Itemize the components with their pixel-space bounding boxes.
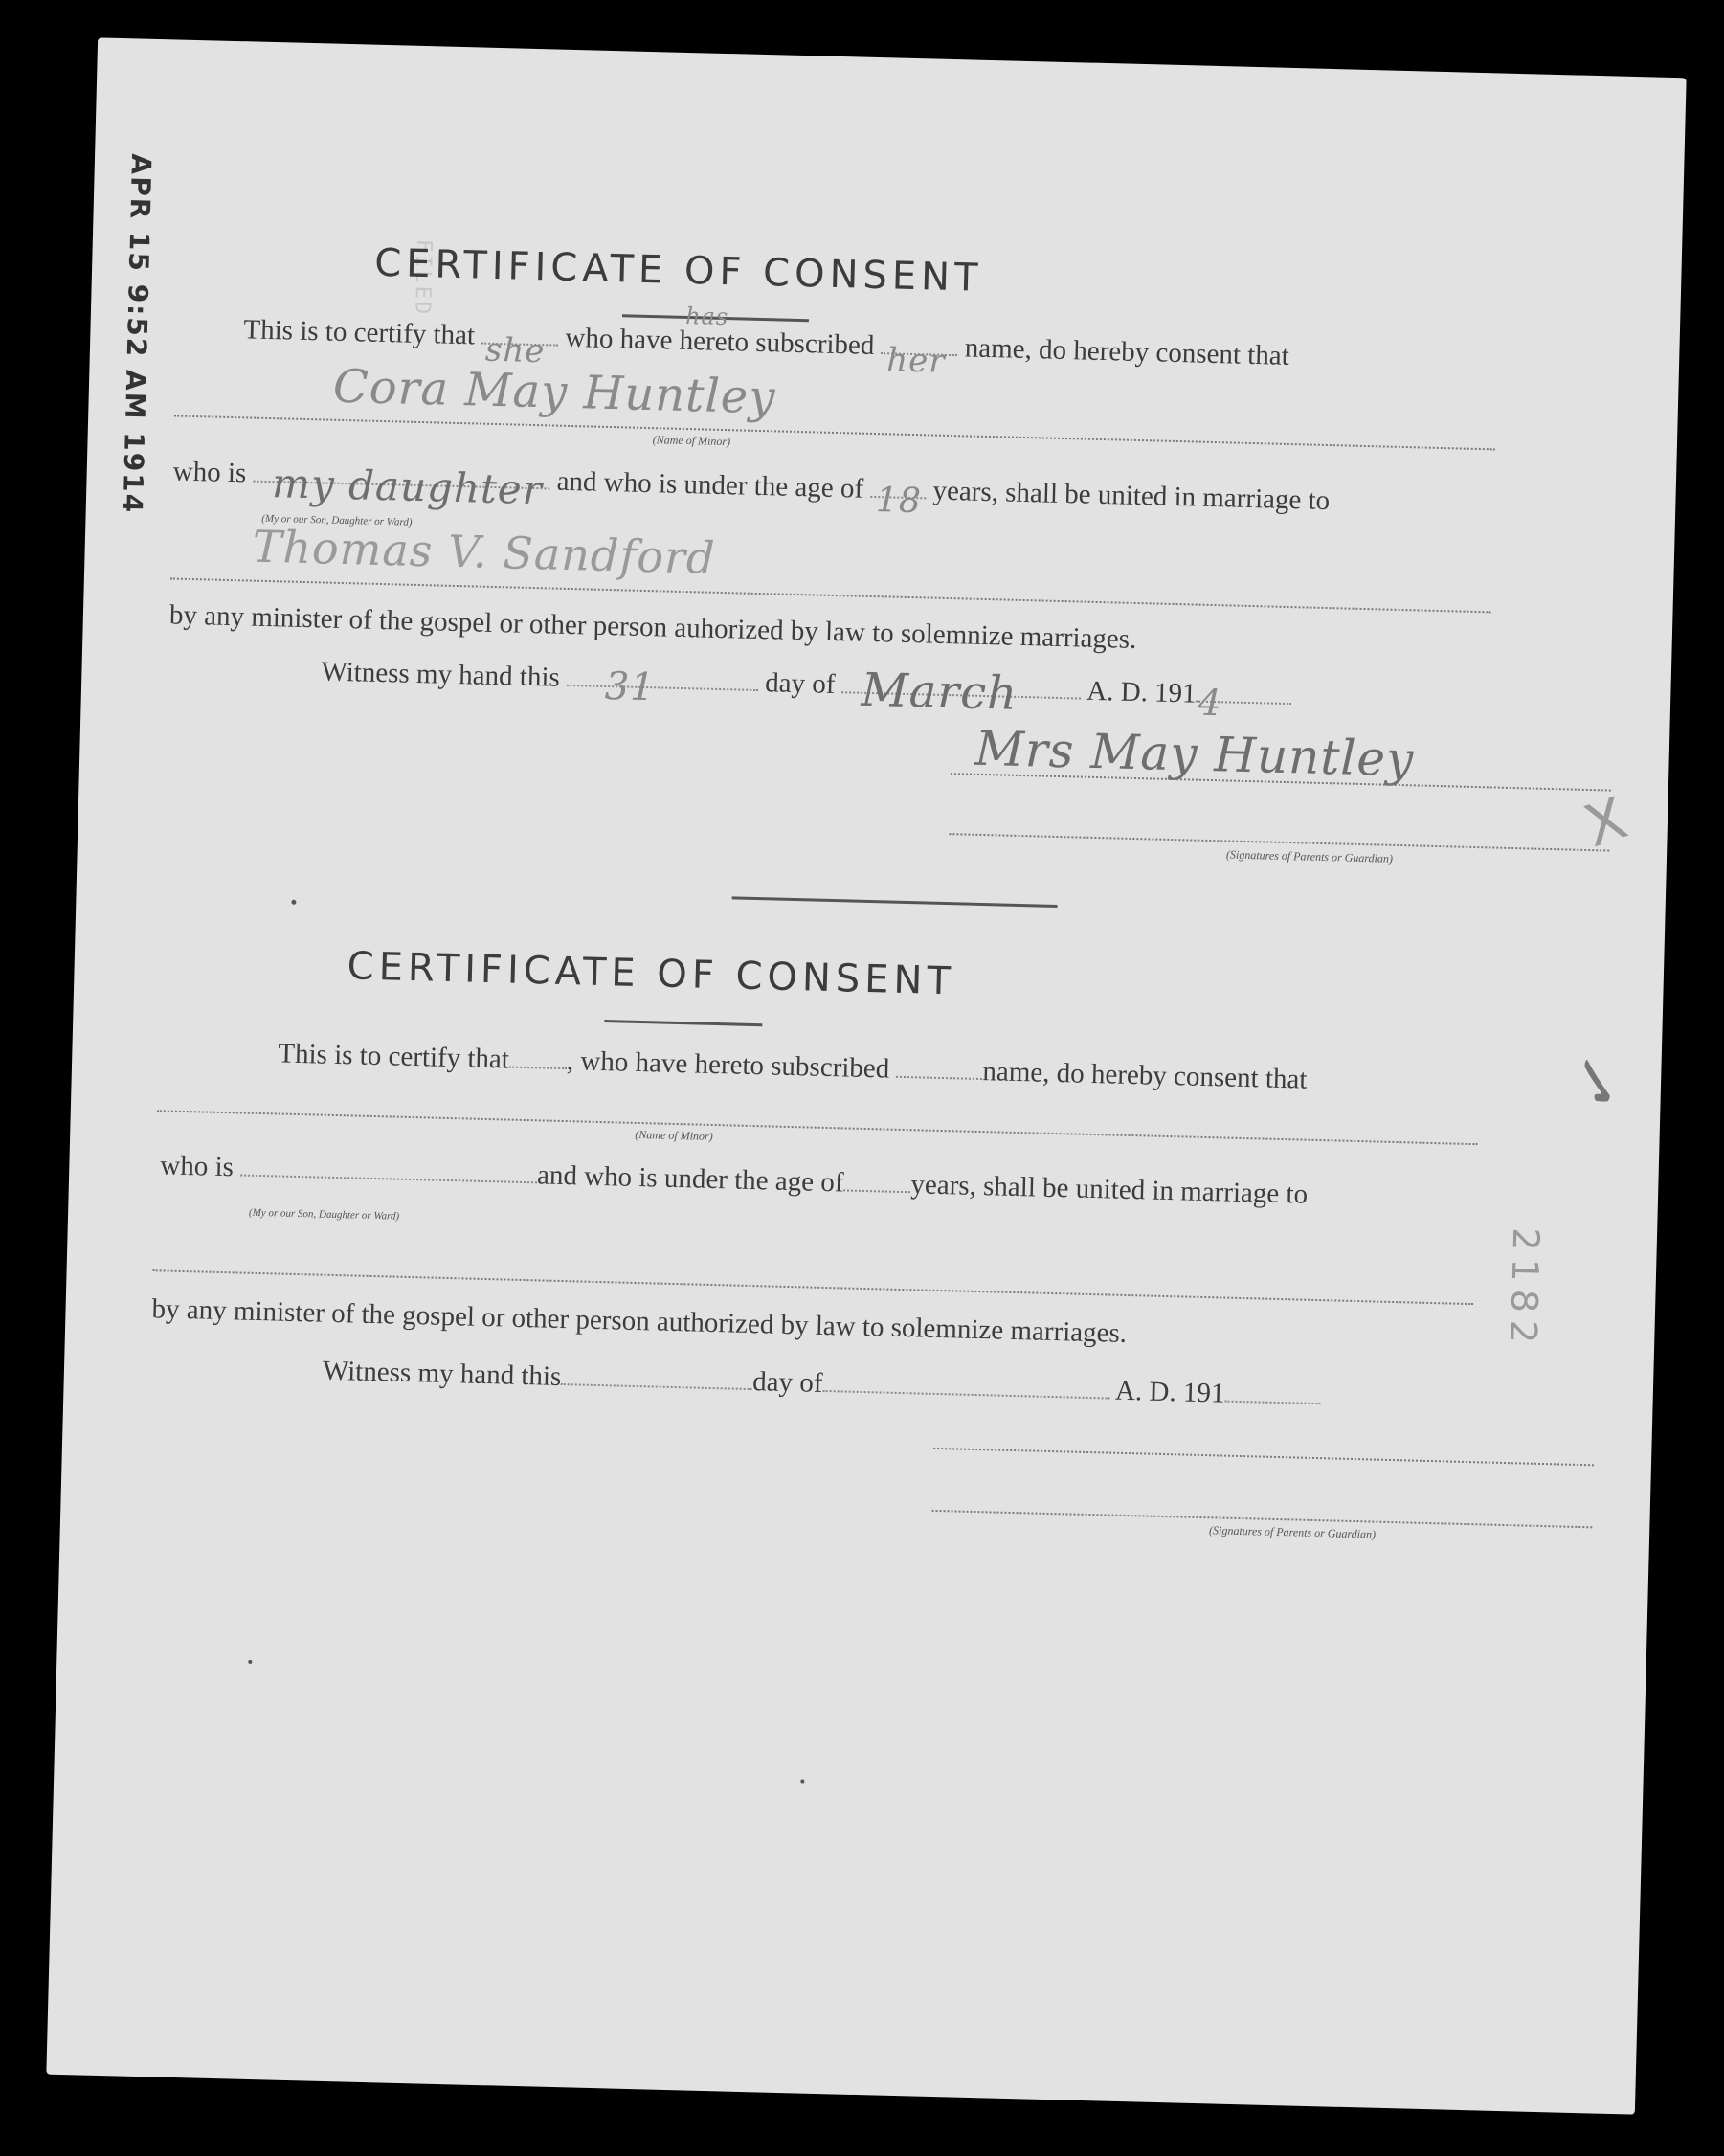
spouse-name: Thomas V. Sandford [252, 521, 716, 584]
certificate-1: CERTIFICATE OF CONSENT This is to certif… [98, 37, 1686, 78]
witness-line: Witness my hand this 31 day of March A. … [321, 656, 1292, 712]
certificate-title: CERTIFICATE OF CONSENT [374, 241, 983, 301]
certificate-title: CERTIFICATE OF CONSENT [347, 944, 955, 1003]
speck [800, 1779, 804, 1783]
relation-line: who is (My or our Son, Daughter or Ward)… [160, 1150, 1308, 1210]
insert-above: has [685, 303, 729, 330]
subject-field[interactable] [509, 1067, 567, 1070]
relation-field[interactable]: my daughter (My or our Son, Daughter or … [253, 481, 549, 490]
age-field[interactable] [843, 1189, 910, 1193]
document-page: APR 15 9:52 AM 1914 FILED CERTIFICATE OF… [46, 37, 1686, 2114]
month-field[interactable] [822, 1390, 1109, 1400]
section-divider [732, 896, 1058, 908]
certify-line: This is to certify that, who have hereto… [278, 1038, 1308, 1095]
received-date-stamp: APR 15 9:52 AM 1914 [117, 153, 158, 515]
subject-field[interactable]: she [481, 343, 558, 347]
day-field[interactable]: 31 [567, 685, 758, 691]
minor-name: Cora May Huntley [332, 360, 776, 425]
speck [248, 1660, 252, 1664]
minor-name-field[interactable] [174, 415, 1495, 450]
witness-line: Witness my hand thisday of A. D. 191 [323, 1356, 1321, 1412]
certificate-2: CERTIFICATE OF CONSENT This is to certif… [98, 37, 1686, 78]
signature-caption: (Signatures of Parents or Guardian) [1209, 1523, 1376, 1541]
pronoun-field[interactable] [896, 1076, 982, 1080]
check-mark: ✓ [1552, 1042, 1646, 1123]
parent-signature: Mrs May Huntley [974, 721, 1415, 788]
relation-line: who is my daughter (My or our Son, Daugh… [172, 456, 1330, 517]
authorization-text: by any minister of the gospel or other p… [151, 1293, 1127, 1350]
minor-name-caption: (Name of Minor) [635, 1128, 713, 1144]
speck [291, 900, 296, 905]
signature-caption: (Signatures of Parents or Guardian) [1226, 847, 1393, 865]
year-field[interactable] [1224, 1401, 1320, 1405]
month-field[interactable]: March [841, 691, 1081, 699]
authorization-text: by any minister of the gospel or other p… [169, 599, 1137, 656]
age-field[interactable]: 18 [870, 496, 926, 499]
minor-name-caption: (Name of Minor) [653, 433, 731, 449]
margin-number: 2182 [1502, 1227, 1547, 1352]
title-underline [604, 1020, 762, 1026]
signature-line-1[interactable] [933, 1448, 1594, 1466]
day-field[interactable] [561, 1383, 752, 1390]
relation-field[interactable]: (My or our Son, Daughter or Ward) [240, 1174, 537, 1183]
minor-name-field[interactable] [157, 1110, 1478, 1145]
year-field[interactable]: 4 [1196, 701, 1291, 706]
pronoun-field[interactable]: her [881, 352, 957, 356]
